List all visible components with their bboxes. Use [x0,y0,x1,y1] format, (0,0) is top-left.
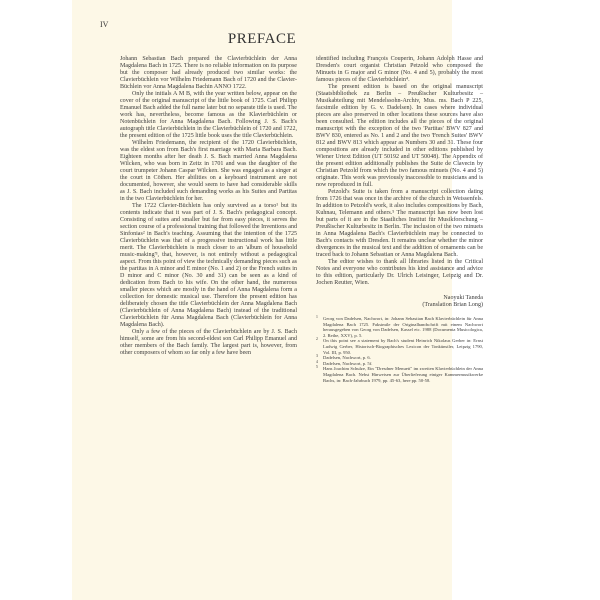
paragraph: Petzold's Suite is taken from a manuscri… [316,189,483,259]
paragraph: The present edition is based on the orig… [316,84,483,189]
paragraph: The 1722 Clavier-Büchlein has only survi… [120,203,297,329]
footnote-text: Dadelsen, Nachwort, p. 5f. [323,361,372,366]
translator-credit: (Translation Brian Long) [316,302,483,309]
footnote-text: Georg von Dadelsen, Nachwort, in: Johann… [323,316,483,338]
right-column: identified including François Couperin, … [316,56,483,383]
footnote-text: Dadelsen, Nachwort, p. 6. [323,355,371,360]
paragraph: identified including François Couperin, … [316,56,483,84]
signature-block: Naoyuki Taneda (Translation Brian Long) [316,295,483,309]
footnote-text: Hans Joachim Schulze, Ein "Dresdner Menu… [323,366,483,382]
paragraph: Johann Sebastian Bach prepared the Clavi… [120,56,297,91]
footnote: 1 Georg von Dadelsen, Nachwort, in: Joha… [316,316,483,338]
footnote: 5 Hans Joachim Schulze, Ein "Dresdner Me… [316,366,483,383]
page-number: IV [100,20,108,29]
paragraph: The editor wishes to thank all libraries… [316,259,483,287]
footnote-text: On this point see a statement by Bach's … [323,338,483,354]
author-name: Naoyuki Taneda [316,295,483,302]
footnote-number: 2 [316,337,318,343]
paragraph: Wilhelm Friedemann, the recipient of the… [120,140,297,203]
left-column: Johann Sebastian Bach prepared the Clavi… [120,56,297,357]
paragraph: Only the initials A M B, with the year w… [120,91,297,140]
footnote: 2 On this point see a statement by Bach'… [316,338,483,355]
paragraph: Only a few of the pieces of the Clavierb… [120,329,297,357]
footnote-number: 1 [316,315,318,321]
page-title: PREFACE [72,31,452,48]
footnote-number: 5 [316,365,318,371]
footnotes: 1 Georg von Dadelsen, Nachwort, in: Joha… [316,316,483,383]
